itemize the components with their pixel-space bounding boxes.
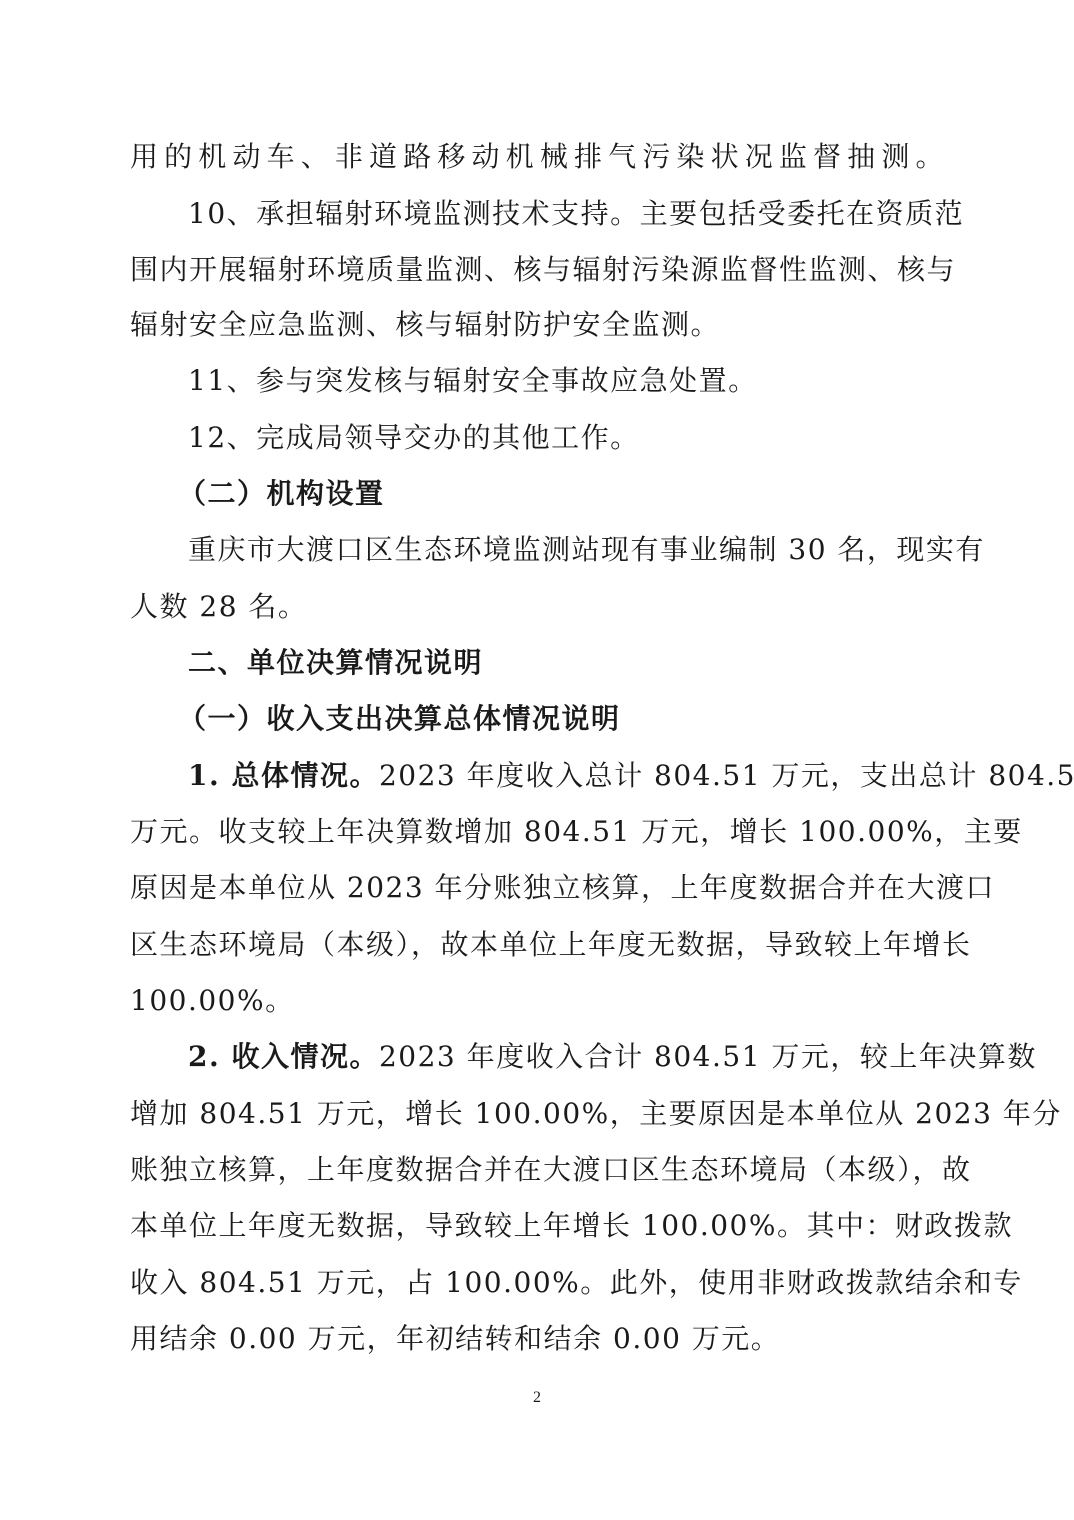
paragraph-line: 100.00%。 (130, 981, 945, 1021)
subsection-heading-overall: （一）收入支出决算总体情况说明 (178, 699, 993, 739)
paragraph-text: 2023 年度收入总计 804.51 万元，支出总计 804.51 (379, 756, 1074, 796)
paragraph-line: 收入 804.51 万元，占 100.00%。此外，使用非财政拨款结余和专 (130, 1263, 945, 1303)
list-item-11: 11、参与突发核与辐射安全事故应急处置。 (188, 361, 945, 401)
paragraph-line: 用的机动车、非道路移动机械排气污染状况监督抽测。 (130, 137, 945, 177)
paragraph-line: 账独立核算，上年度数据合并在大渡口区生态环境局（本级），故 (130, 1150, 945, 1190)
paragraph-line: 重庆市大渡口区生态环境监测站现有事业编制 30 名，现实有 (188, 530, 945, 570)
paragraph-line: 围内开展辐射环境质量监测、核与辐射污染源监督性监测、核与 (130, 250, 945, 290)
paragraph-text: 2023 年度收入合计 804.51 万元，较上年决算数 (379, 1037, 1037, 1077)
paragraph-line: 1. 总体情况。 2023 年度收入总计 804.51 万元，支出总计 804.… (188, 756, 945, 796)
paragraph-line: 本单位上年度无数据，导致较上年增长 100.00%。其中：财政拨款 (130, 1206, 945, 1246)
paragraph-lead-overall: 1. 总体情况。 (188, 756, 379, 796)
list-item-10: 10、承担辐射环境监测技术支持。主要包括受委托在资质范 (188, 194, 945, 234)
paragraph-line: 区生态环境局（本级），故本单位上年度无数据，导致较上年增长 (130, 925, 945, 965)
section-heading-final-accounts: 二、单位决算情况说明 (188, 643, 945, 683)
list-item-12: 12、完成局领导交办的其他工作。 (188, 418, 945, 458)
section-heading-org-setup: （二）机构设置 (178, 474, 993, 514)
paragraph-line: 增加 804.51 万元，增长 100.00%，主要原因是本单位从 2023 年… (130, 1094, 945, 1134)
paragraph-line: 原因是本单位从 2023 年分账独立核算，上年度数据合并在大渡口 (130, 868, 945, 908)
paragraph-lead-income: 2. 收入情况。 (188, 1037, 379, 1077)
paragraph-line: 辐射安全应急监测、核与辐射防护安全监测。 (130, 305, 945, 345)
paragraph-line: 万元。收支较上年决算数增加 804.51 万元，增长 100.00%，主要 (130, 812, 945, 852)
document-page: 用的机动车、非道路移动机械排气污染状况监督抽测。 10、承担辐射环境监测技术支持… (0, 0, 1074, 1520)
paragraph-line: 人数 28 名。 (130, 587, 945, 627)
paragraph-line: 2. 收入情况。 2023 年度收入合计 804.51 万元，较上年决算数 (188, 1037, 945, 1077)
page-number: 2 (0, 1388, 1074, 1408)
paragraph-line: 用结余 0.00 万元，年初结转和结余 0.00 万元。 (130, 1319, 945, 1359)
